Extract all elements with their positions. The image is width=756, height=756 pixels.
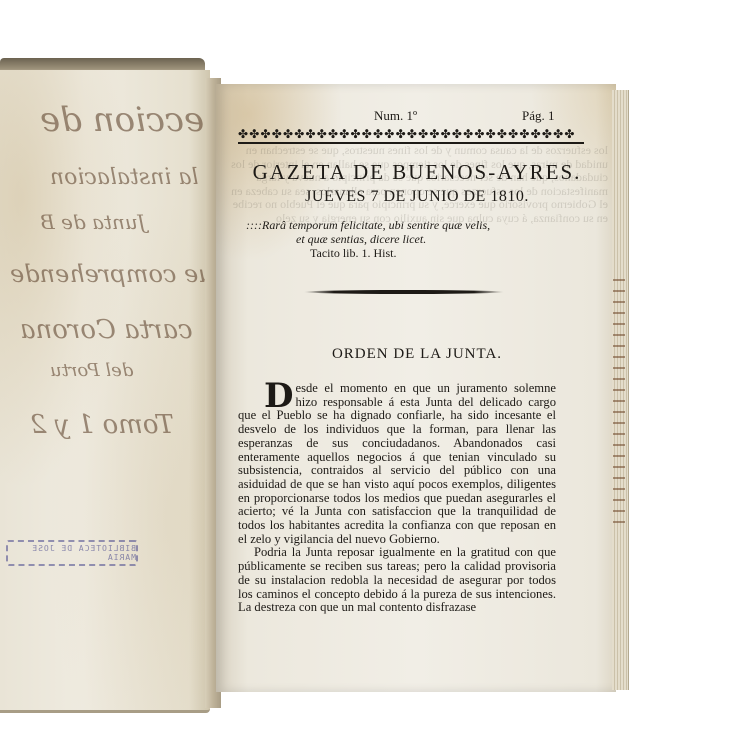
paragraph: Podria la Junta reposar igualmente en la… (238, 546, 556, 615)
page-number: Pág. 1 (522, 108, 555, 124)
motto-line-2: et quæ sentias, dicere licet. (246, 232, 586, 246)
paragraph: Desde el momento en que un juramento sol… (238, 382, 556, 546)
decorative-rule (304, 290, 504, 294)
handwriting-line: Junta de B (40, 210, 146, 234)
motto-line-1: ::::Rarâ temporum felicitate, ubi sentir… (246, 218, 490, 232)
library-stamp: BIBLIOTECA DE JOSE MARIA (6, 540, 138, 566)
left-flyleaf-page: Coleccion de de la instalacion Junta de … (0, 70, 210, 713)
handwritten-page-edge (613, 270, 625, 530)
handwriting-line: Que comprehende (10, 260, 233, 288)
page-edges (612, 90, 629, 690)
motto-attribution: Tacito lib. 1. Hist. (246, 246, 586, 260)
handwriting-line: del Portu (50, 360, 133, 381)
issue-date: JUEVES 7 DE JUNIO DE 1810. (226, 188, 608, 206)
issue-number: Num. 1º (374, 108, 417, 124)
newspaper-title: GAZETA DE BUENOS-AYRES. (226, 160, 608, 185)
handwriting-line: carta Corona (20, 315, 193, 345)
handwriting-line: Tomo 1 y 2 (30, 410, 174, 440)
article-body: Desde el momento en que un juramento sol… (238, 382, 556, 615)
drop-cap: D (264, 382, 293, 410)
fleuron-ornament-border: ✤✤✤✤✤✤✤✤✤✤✤✤✤✤✤✤✤✤✤✤✤✤✤✤✤✤✤✤✤✤ (238, 128, 584, 144)
latin-motto: ::::Rarâ temporum felicitate, ubi sentir… (246, 218, 586, 260)
running-head: Num. 1º Pág. 1 (226, 108, 608, 124)
section-heading: ORDEN DE LA JUNTA. (226, 346, 608, 363)
open-book: Coleccion de de la instalacion Junta de … (0, 0, 756, 756)
